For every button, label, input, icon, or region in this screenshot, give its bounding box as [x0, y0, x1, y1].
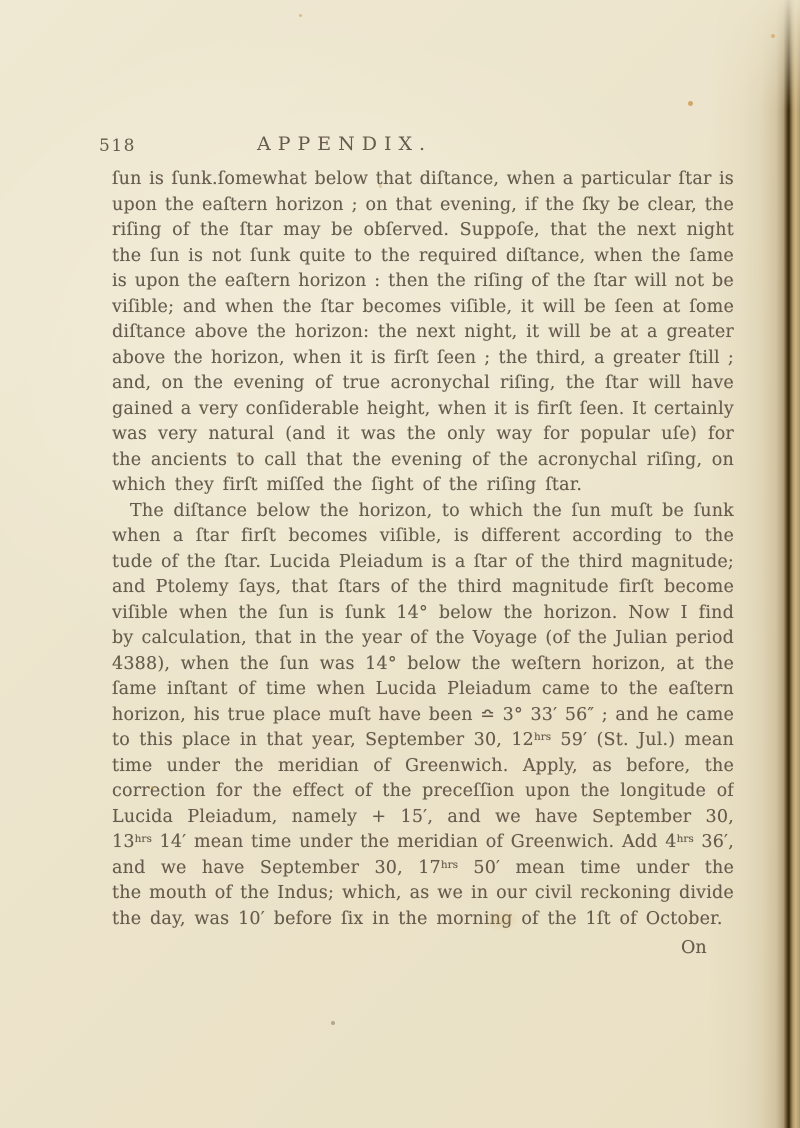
- text-line: ſame inſtant of time when Lucida Pleiadu…: [112, 677, 734, 703]
- text-line: the day, was 10′ before ſix in the morni…: [112, 907, 734, 933]
- text-line: was very natural (and it was the only wa…: [112, 422, 734, 448]
- text-line: which they firſt miſſed the ſight of the…: [112, 473, 734, 499]
- text-line: The diſtance below the horizon, to which…: [112, 499, 734, 525]
- foxing-spot: [331, 1021, 335, 1025]
- page-corner-highlight: [708, 0, 800, 110]
- text-line: the ſun is not ſunk quite to the require…: [112, 244, 734, 270]
- text-line: horizon, his true place muſt have been ≏…: [112, 703, 734, 729]
- text-line: and Ptolemy ſays, that ſtars of the thir…: [112, 575, 734, 601]
- text-line: 13hrs 14′ mean time under the meridian o…: [112, 830, 734, 856]
- text-line: by calculation, that in the year of the …: [112, 626, 734, 652]
- text-line: viſible when the ſun is ſunk 14° below t…: [112, 601, 734, 627]
- text-line: riſing of the ſtar may be obſerved. Supp…: [112, 218, 734, 244]
- text-line: upon the eaſtern horizon ; on that eveni…: [112, 193, 734, 219]
- text-line: diſtance above the horizon: the next nig…: [112, 320, 734, 346]
- page-number: 518: [99, 136, 136, 156]
- text-line: to this place in that year, September 30…: [112, 728, 734, 754]
- text-line: the ancients to call that the evening of…: [112, 448, 734, 474]
- text-line: Lucida Pleiadum, namely + 15′, and we ha…: [112, 805, 734, 831]
- text-line: the mouth of the Indus; which, as we in …: [112, 881, 734, 907]
- text-line: above the horizon, when it is firſt ſeen…: [112, 346, 734, 372]
- book-page: 518 APPENDIX. ſun is ſunk.ſomewhat below…: [0, 0, 800, 1128]
- foxing-spot: [299, 14, 302, 17]
- text-line: when a ſtar firſt becomes viſible, is di…: [112, 524, 734, 550]
- text-line: time under the meridian of Greenwich. Ap…: [112, 754, 734, 780]
- foxing-spot: [688, 101, 693, 106]
- text-line: is upon the eaſtern horizon : then the r…: [112, 269, 734, 295]
- text-line: correction for the effect of the preceſſ…: [112, 779, 734, 805]
- text-line: 4388), when the ſun was 14° below the we…: [112, 652, 734, 678]
- running-header-title: APPENDIX.: [257, 133, 432, 155]
- body-text: ſun is ſunk.ſomewhat below that diſtance…: [112, 167, 734, 932]
- text-line: viſible; and when the ſtar becomes viſib…: [112, 295, 734, 321]
- text-line: gained a very conſiderable height, when …: [112, 397, 734, 423]
- text-line: tude of the ſtar. Lucida Pleiadum is a ſ…: [112, 550, 734, 576]
- text-line: and, on the evening of true acronychal r…: [112, 371, 734, 397]
- catchword: On: [681, 938, 707, 958]
- text-line: ſun is ſunk.ſomewhat below that diſtance…: [112, 167, 734, 193]
- text-line: and we have September 30, 17hrs 50′ mean…: [112, 856, 734, 882]
